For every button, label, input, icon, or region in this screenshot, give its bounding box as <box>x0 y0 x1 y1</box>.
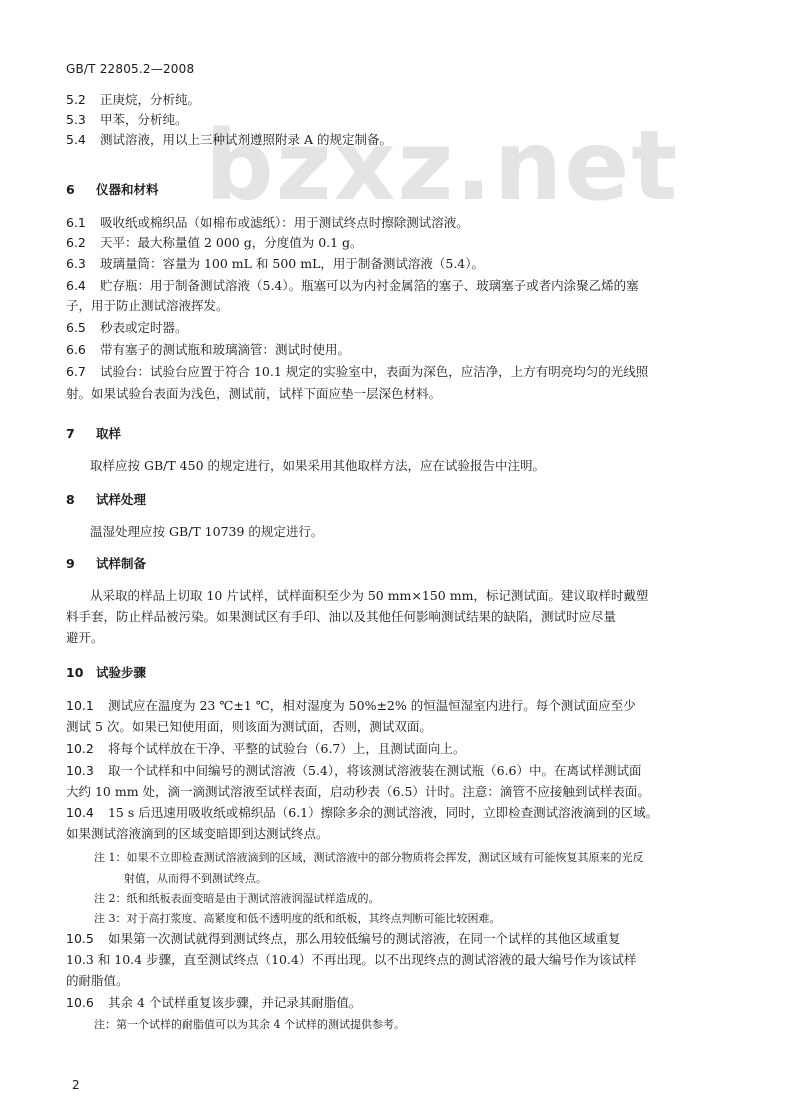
note-3: 注 3：对于高打浆度、高紧度和低不透明度的纸和纸板，其终点判断可能比较困难。 <box>94 913 501 924</box>
clause-6-7-cont: 射。如果试验台表面为浅色，测试前，试样下面应垫一层深色材料。 <box>66 388 441 401</box>
clause-10-1-cont: 测试 5 次。如果已知使用面，则该面为测试面，否则，测试双面。 <box>66 721 432 734</box>
clause-10-3-cont: 大约 10 mm 处，滴一滴测试溶液至试样表面，启动秒表（6.5）计时。注意：滴… <box>66 786 650 799</box>
note-final: 注：第一个试样的耐脂值可以为其余 4 个试样的测试提供参考。 <box>94 1019 405 1030</box>
clause-6-3: 6.3 玻璃量筒：容量为 100 mL 和 500 mL，用于制备测试溶液（5.… <box>66 258 484 271</box>
document-page: GB/T 22805.2—2008 5.2 正庚烷，分析纯。 5.3 甲苯，分析… <box>0 0 800 1120</box>
clause-10-5-cont: 10.3 和 10.4 步骤，直至测试终点（10.4）不再出现。以不出现终点的测… <box>66 954 636 967</box>
section-8-body: 温湿处理应按 GB/T 10739 的规定进行。 <box>90 526 323 539</box>
note-1-cont: 射值，从而得不到测试终点。 <box>124 873 267 884</box>
note-1: 注 1：如果不立即检查测试溶液滴到的区域，测试溶液中的部分物质将会挥发，测试区域… <box>94 852 644 863</box>
clause-10-3: 10.3 取一个试样和中间编号的测试溶液（5.4），将该测试溶液装在测试瓶（6.… <box>66 765 642 778</box>
clause-10-1: 10.1 测试应在温度为 23 ℃±1 ℃，相对湿度为 50%±2% 的恒温恒湿… <box>66 700 636 713</box>
page-number: 2 <box>72 1078 80 1092</box>
section-10-heading: 10试验步骤 <box>66 667 146 680</box>
clause-10-2: 10.2 将每个试样放在干净、平整的试验台（6.7）上，且测试面向上。 <box>66 743 465 756</box>
section-6-heading: 6仪器和材料 <box>66 184 159 197</box>
clause-5-4: 5.4 测试溶液，用以上三种试剂遵照附录 A 的规定制备。 <box>66 134 392 147</box>
clause-10-5: 10.5 如果第一次测试就得到测试终点，那么用较低编号的测试溶液，在同一个试样的… <box>66 933 621 946</box>
clause-6-4-cont: 子，用于防止测试溶液挥发。 <box>66 300 229 313</box>
section-9-heading: 9试样制备 <box>66 558 146 571</box>
section-7-body: 取样应按 GB/T 450 的规定进行，如果采用其他取样方法，应在试验报告中注明… <box>90 460 545 473</box>
section-9-body-cont2: 避开。 <box>66 632 104 645</box>
clause-6-7: 6.7 试验台：试验台应置于符合 10.1 规定的实验室中，表面为深色，应洁净，… <box>66 366 648 379</box>
section-7-heading: 7取样 <box>66 428 121 441</box>
note-2: 注 2：纸和纸板表面变暗是由于测试溶液润湿试样造成的。 <box>94 893 380 904</box>
clause-10-5-cont2: 的耐脂值。 <box>66 975 129 988</box>
clause-6-4: 6.4 贮存瓶：用于制备测试溶液（5.4）。瓶塞可以为内衬金属箔的塞子、玻璃塞子… <box>66 280 639 293</box>
clause-5-2: 5.2 正庚烷，分析纯。 <box>66 94 200 107</box>
section-9-body-cont: 料手套，防止样品被污染。如果测试区有手印、油以及其他任何影响测试结果的缺陷，测试… <box>66 611 616 624</box>
clause-6-1: 6.1 吸收纸或棉织品（如棉布或滤纸）：用于测试终点时擦除测试溶液。 <box>66 217 469 230</box>
section-9-body: 从采取的样品上切取 10 片试样，试样面积至少为 50 mm×150 mm，标记… <box>90 590 648 603</box>
clause-6-5: 6.5 秒表或定时器。 <box>66 322 188 335</box>
clause-10-6: 10.6 其余 4 个试样重复该步骤，并记录其耐脂值。 <box>66 997 361 1010</box>
section-8-heading: 8试样处理 <box>66 494 146 507</box>
clause-10-4: 10.4 15 s 后迅速用吸收纸或棉织品（6.1）擦除多余的测试溶液，同时，立… <box>66 807 658 820</box>
clause-5-3: 5.3 甲苯，分析纯。 <box>66 114 188 127</box>
clause-10-4-cont: 如果测试溶液滴到的区域变暗即到达测试终点。 <box>66 828 329 841</box>
clause-6-6: 6.6 带有塞子的测试瓶和玻璃滴管：测试时使用。 <box>66 344 350 357</box>
standard-code-header: GB/T 22805.2—2008 <box>66 62 194 76</box>
clause-6-2: 6.2 天平：最大称量值 2 000 g，分度值为 0.1 g。 <box>66 237 363 250</box>
